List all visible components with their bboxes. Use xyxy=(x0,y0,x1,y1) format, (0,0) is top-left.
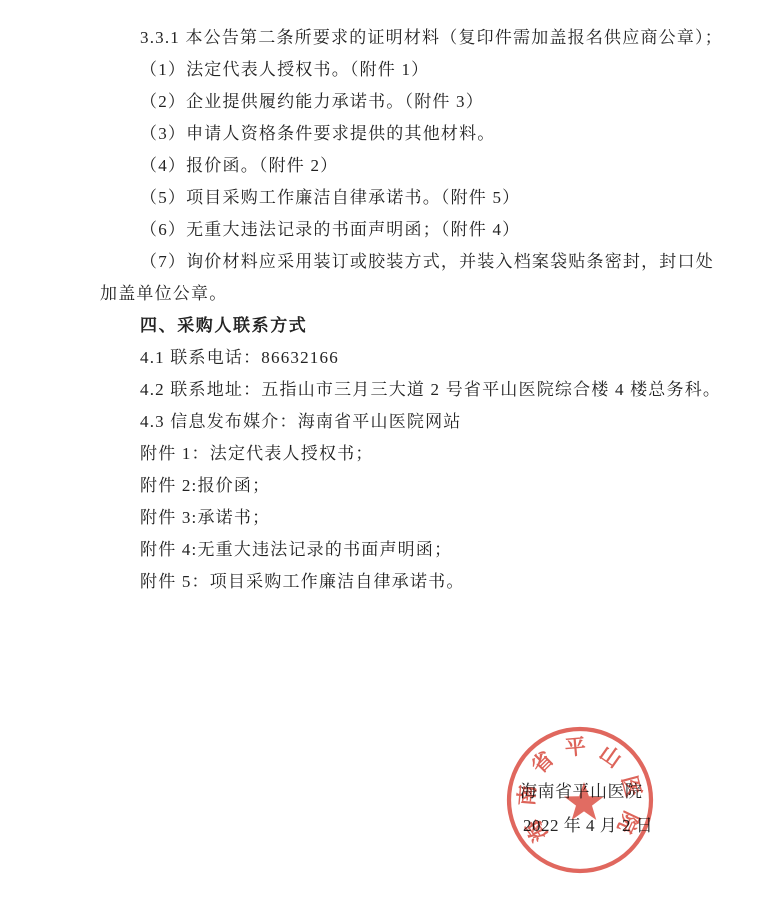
item-5: （5）项目采购工作廉洁自律承诺书。（附件 5） xyxy=(100,182,710,214)
seal-arc-char: 南 xyxy=(514,784,540,807)
seal-arc-char: 平 xyxy=(564,734,587,760)
document-body: 3.3.1 本公告第二条所要求的证明材料（复印件需加盖报名供应商公章）； （1）… xyxy=(100,22,710,598)
seal-arc-char: 山 xyxy=(595,741,626,773)
seal-arc-char: 医 xyxy=(617,773,646,799)
publish-media-line: 4.3 信息发布媒介：海南省平山医院网站 xyxy=(100,406,710,438)
item-3: （3）申请人资格条件要求提供的其他材料。 xyxy=(100,118,710,150)
attachment-4-line: 附件 4:无重大违法记录的书面声明函； xyxy=(100,534,710,566)
attachment-1-line: 附件 1：法定代表人授权书； xyxy=(100,438,710,470)
item-7: （7）询价材料应采用装订或胶装方式，并装入档案袋贴条密封，封口处 xyxy=(100,246,710,278)
attachment-2-line: 附件 2:报价函； xyxy=(100,470,710,502)
contact-phone-line: 4.1 联系电话：86632166 xyxy=(100,342,710,374)
clause-3-3-1: 3.3.1 本公告第二条所要求的证明材料（复印件需加盖报名供应商公章）； xyxy=(100,22,710,54)
item-2: （2）企业提供履约能力承诺书。（附件 3） xyxy=(100,86,710,118)
seal-arc-char: 院 xyxy=(613,808,644,837)
seal-arc-char: 省 xyxy=(527,747,559,779)
attachment-5-line: 附件 5：项目采购工作廉洁自律承诺书。 xyxy=(100,566,710,598)
section-4-heading: 四、采购人联系方式 xyxy=(100,310,710,342)
official-seal-stamp: 海 南 省 平 山 医 院 xyxy=(503,721,657,879)
seal-star-icon xyxy=(564,782,604,820)
attachment-3-line: 附件 3:承诺书； xyxy=(100,502,710,534)
item-4: （4）报价函。（附件 2） xyxy=(100,150,710,182)
seal-arc-char: 海 xyxy=(520,814,552,846)
contact-address-line: 4.2 联系地址：五指山市三月三大道 2 号省平山医院综合楼 4 楼总务科。 xyxy=(100,374,710,406)
document-page: 3.3.1 本公告第二条所要求的证明材料（复印件需加盖报名供应商公章）； （1）… xyxy=(0,0,780,906)
item-1: （1）法定代表人授权书。（附件 1） xyxy=(100,54,710,86)
item-7-wrap-line: 加盖单位公章。 xyxy=(100,278,710,310)
item-6: （6）无重大违法记录的书面声明函；（附件 4） xyxy=(100,214,710,246)
